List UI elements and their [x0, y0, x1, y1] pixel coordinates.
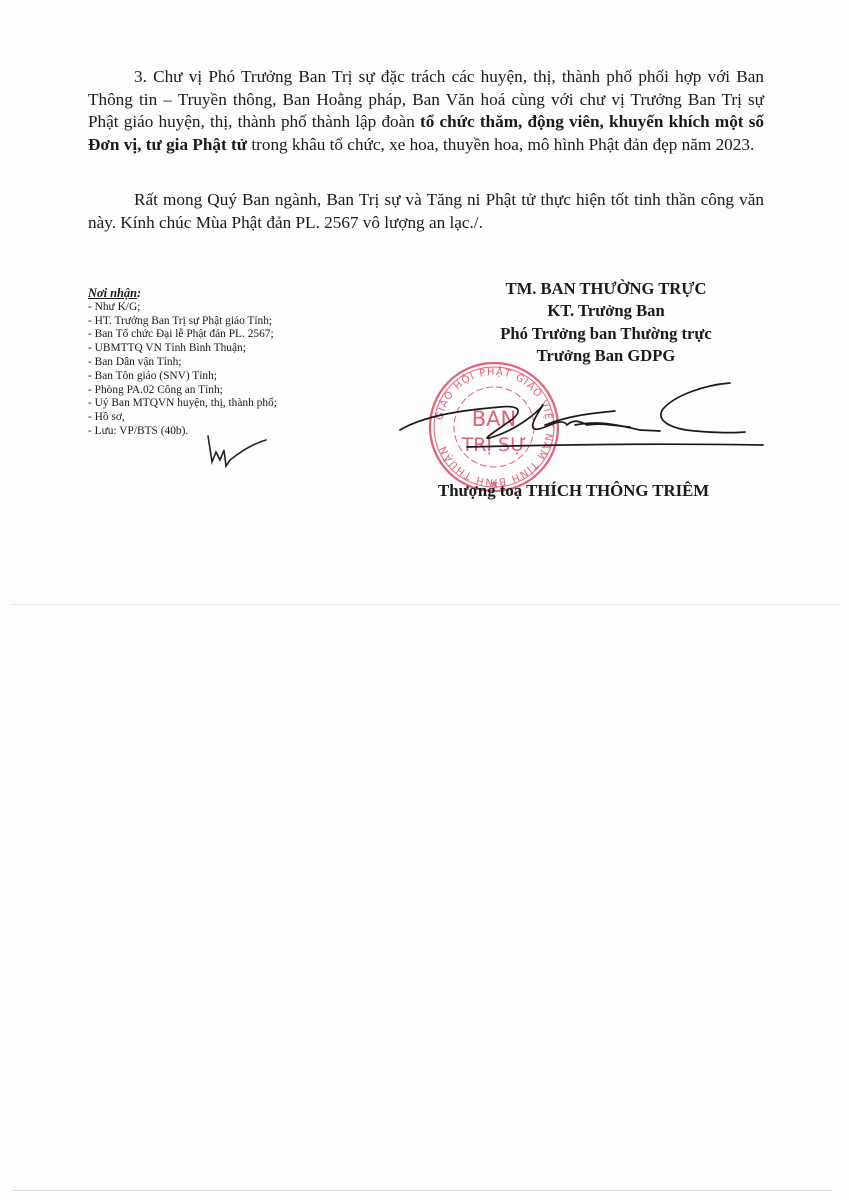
recipient-item: - Phòng PA.02 Công an Tỉnh; — [88, 384, 277, 398]
paragraph-3: 3. Chư vị Phó Trưởng Ban Trị sự đặc trác… — [88, 66, 764, 156]
signature-line-3: Phó Trưởng ban Thường trực — [420, 323, 792, 345]
recipient-item: - UBMTTQ VN Tỉnh Bình Thuận; — [88, 342, 277, 356]
recipient-item: - Ban Tổ chức Đại lễ Phật đản PL. 2567; — [88, 328, 277, 342]
scan-artifact-line — [10, 604, 840, 605]
initials-mark — [200, 432, 270, 472]
recipient-item: - HT. Trưởng Ban Trị sự Phật giáo Tỉnh; — [88, 315, 277, 329]
recipients-title: Nơi nhận: — [88, 287, 277, 301]
closing-paragraph: Rất mong Quý Ban ngành, Ban Trị sự và Tă… — [88, 189, 764, 234]
recipients-items: - Như K/G;- HT. Trưởng Ban Trị sự Phật g… — [88, 301, 277, 439]
recipients-list: Nơi nhận: - Như K/G;- HT. Trưởng Ban Trị… — [88, 287, 277, 439]
paragraph-3-text-b: trong khâu tổ chức, xe hoa, thuyền hoa, … — [247, 135, 754, 154]
scan-artifact-line-bottom — [12, 1190, 832, 1191]
document-page: 3. Chư vị Phó Trưởng Ban Trị sự đặc trác… — [0, 0, 849, 1200]
recipient-item: - Hồ sơ, — [88, 411, 277, 425]
recipient-item: - Ban Dân vận Tỉnh; — [88, 356, 277, 370]
signature-block: TM. BAN THƯỜNG TRỰC KT. Trưởng Ban Phó T… — [420, 278, 792, 368]
closing-paragraph-text: Rất mong Quý Ban ngành, Ban Trị sự và Tă… — [88, 190, 764, 232]
signer-name: Thượng toạ THÍCH THÔNG TRIÊM — [438, 481, 709, 501]
handwritten-signature — [395, 375, 775, 465]
recipient-item: - Như K/G; — [88, 301, 277, 315]
signature-line-2: KT. Trưởng Ban — [420, 300, 792, 322]
recipient-item: - Ban Tôn giáo (SNV) Tỉnh; — [88, 370, 277, 384]
signature-line-1: TM. BAN THƯỜNG TRỰC — [420, 278, 792, 300]
recipient-item: - Uỷ Ban MTQVN huyện, thị, thành phố; — [88, 397, 277, 411]
